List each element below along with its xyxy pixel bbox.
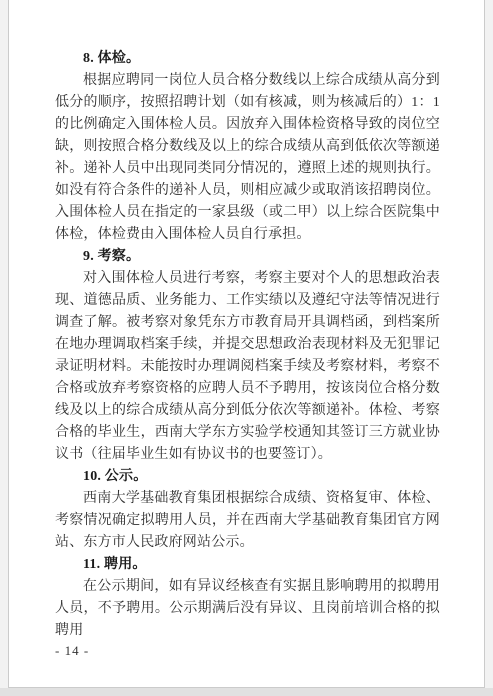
document-section: 10. 公示。 西南大学基础教育集团根据综合成绩、资格复审、体检、考察情况确定拟… [55,466,440,554]
page-gap [0,688,493,696]
section-paragraph: 对入围体检人员进行考察，考察主要对个人的思想政治表现、道德品质、业务能力、工作实… [55,268,440,466]
section-heading: 10. 公示。 [55,466,440,488]
section-paragraphs: 对入围体检人员进行考察，考察主要对个人的思想政治表现、道德品质、业务能力、工作实… [55,268,440,466]
section-paragraph: 西南大学基础教育集团根据综合成绩、资格复审、体检、考察情况确定拟聘用人员，并在西… [55,488,440,554]
section-paragraphs: 根据应聘同一岗位人员合格分数线以上综合成绩从高分到低分的顺序，按照招聘计划（如有… [55,70,440,246]
document-body: 8. 体检。 根据应聘同一岗位人员合格分数线以上综合成绩从高分到低分的顺序，按照… [55,48,440,642]
section-heading: 11. 聘用。 [55,554,440,576]
section-paragraphs: 西南大学基础教育集团根据综合成绩、资格复审、体检、考察情况确定拟聘用人员，并在西… [55,488,440,554]
section-heading: 8. 体检。 [55,48,440,70]
document-section: 11. 聘用。 在公示期间，如有异议经核查有实据且影响聘用的拟聘用人员，不予聘用… [55,554,440,642]
document-section: 8. 体检。 根据应聘同一岗位人员合格分数线以上综合成绩从高分到低分的顺序，按照… [55,48,440,246]
section-heading: 9. 考察。 [55,246,440,268]
section-paragraph: 在公示期间，如有异议经核查有实据且影响聘用的拟聘用人员，不予聘用。公示期满后没有… [55,576,440,642]
document-page: 8. 体检。 根据应聘同一岗位人员合格分数线以上综合成绩从高分到低分的顺序，按照… [8,0,485,688]
document-section: 9. 考察。 对入围体检人员进行考察，考察主要对个人的思想政治表现、道德品质、业… [55,246,440,466]
page-number: - 14 - [55,640,89,662]
section-paragraphs: 在公示期间，如有异议经核查有实据且影响聘用的拟聘用人员，不予聘用。公示期满后没有… [55,576,440,642]
section-paragraph: 根据应聘同一岗位人员合格分数线以上综合成绩从高分到低分的顺序，按照招聘计划（如有… [55,70,440,246]
